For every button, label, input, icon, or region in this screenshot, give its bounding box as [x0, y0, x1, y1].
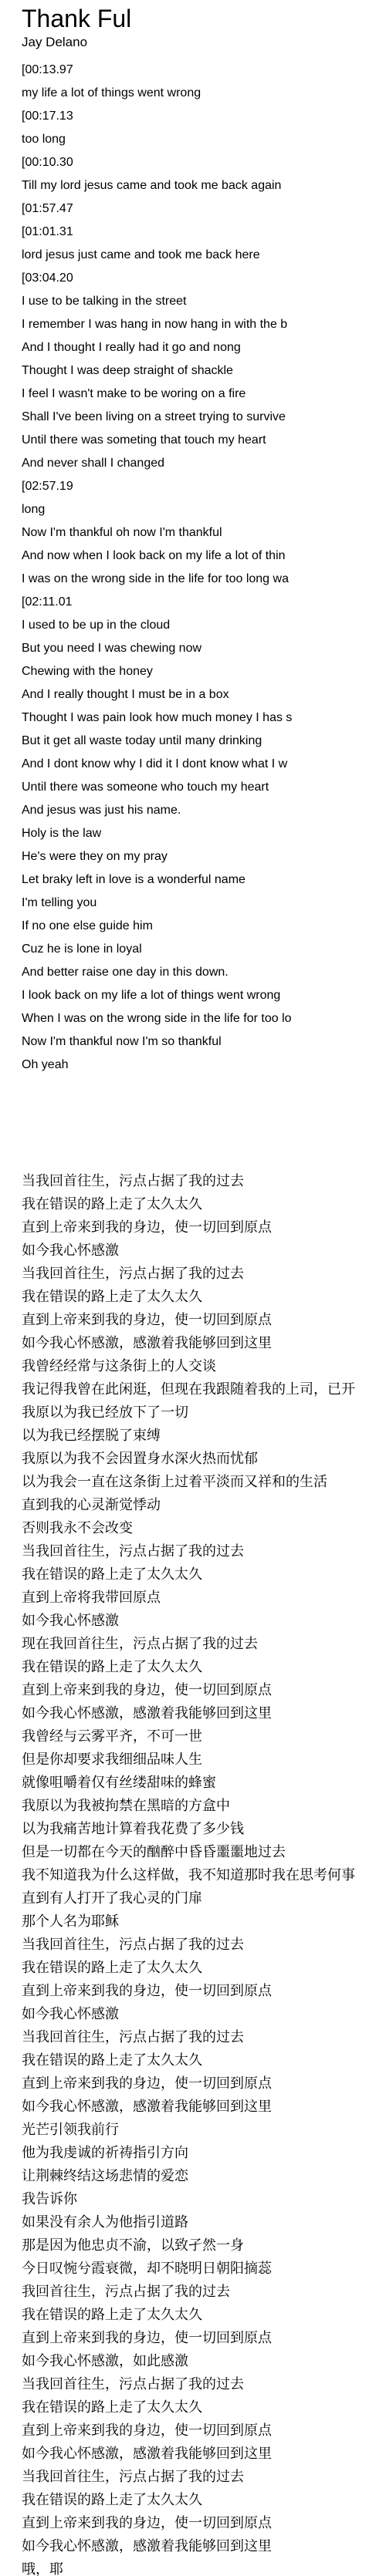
chinese-lyrics-block: 当我回首往生，污点占据了我的过去我在错误的路上走了太久太久直到上帝来到我的身边，…	[22, 1169, 386, 2576]
lyric-line: When I was on the wrong side in the life…	[22, 1007, 386, 1030]
lyric-line: And better raise one day in this down.	[22, 961, 386, 984]
lyric-line: I was on the wrong side in the life for …	[22, 568, 386, 591]
lyric-line: 如今我心怀感激，感激着我能够回到这里	[22, 1331, 386, 1354]
lyric-line: Now I'm thankful oh now I'm thankful	[22, 521, 386, 545]
lyric-line: 我在错误的路上走了太久太久	[22, 1285, 386, 1308]
lyric-line: I used to be up in the cloud	[22, 614, 386, 637]
lyric-line: 我在错误的路上走了太久太久	[22, 1192, 386, 1216]
lyric-line: 如今我心怀感激，感激着我能够回到这里	[22, 1701, 386, 1725]
lyric-line: 但是一切都在今天的酗醉中昏昏噩噩地过去	[22, 1840, 386, 1863]
lyric-line: Until there was someone who touch my hea…	[22, 776, 386, 799]
lyric-line: my life a lot of things went wrong	[22, 82, 386, 105]
lyric-line: 如果没有余人为他指引道路	[22, 2210, 386, 2234]
lyric-line: 以为我会一直在这条街上过着平淡而又祥和的生活	[22, 1470, 386, 1493]
lyric-line: 如今我心怀感激，如此感激	[22, 2349, 386, 2372]
lyric-line: I feel I wasn't make to be woring on a f…	[22, 383, 386, 406]
lyric-line: 如今我心怀感激，感激着我能够回到这里	[22, 2534, 386, 2557]
lyric-line: And I really thought I must be in a box	[22, 683, 386, 706]
lyric-line: I remember I was hang in now hang in wit…	[22, 313, 386, 336]
lyric-line: 我在错误的路上走了太久太久	[22, 2048, 386, 2072]
lyric-line: 就像咀嚼着仅有丝缕甜味的蜂蜜	[22, 1771, 386, 1794]
lyric-line: But it get all waste today until many dr…	[22, 730, 386, 753]
lyric-line: 我在错误的路上走了太久太久	[22, 2303, 386, 2326]
lyric-line: 我曾经与云雾平齐，不可一世	[22, 1725, 386, 1748]
english-lyrics-block: [00:13.97my life a lot of things went wr…	[22, 59, 386, 1077]
lyric-line: 我原以为我已经放下了一切	[22, 1401, 386, 1424]
lyric-line: 如今我心怀感激，感激着我能够回到这里	[22, 2442, 386, 2465]
lyric-line: And never shall I changed	[22, 452, 386, 475]
lyric-line: [00:17.13	[22, 105, 386, 128]
lyric-line: 以为我痛苦地计算着我花费了多少钱	[22, 1817, 386, 1840]
lyric-line: 我不知道我为什么这样做，我不知道那时我在思考何事	[22, 1863, 386, 1886]
lyric-line: 直到上帝来到我的身边，使一切回到原点	[22, 1678, 386, 1701]
lyric-line: If no one else guide him	[22, 915, 386, 938]
lyric-line: 直到上帝来到我的身边，使一切回到原点	[22, 1979, 386, 2002]
lyric-line: 现在我回首往生，污点占据了我的过去	[22, 1632, 386, 1655]
lyric-line: 当我回首往生，污点占据了我的过去	[22, 2025, 386, 2048]
lyric-line: 我记得我曾在此闲逛，但现在我跟随着我的上司，已开	[22, 1377, 386, 1401]
lyric-line: [02:57.19	[22, 475, 386, 498]
lyric-line: 当我回首往生，污点占据了我的过去	[22, 2465, 386, 2488]
lyric-line: 当我回首往生，污点占据了我的过去	[22, 1539, 386, 1563]
lyric-line: Till my lord jesus came and took me back…	[22, 174, 386, 197]
lyric-line: 但是你却要求我细细品味人生	[22, 1748, 386, 1771]
lyric-line: 如今我心怀感激	[22, 1239, 386, 1262]
lyric-line: Thought I was deep straight of shackle	[22, 359, 386, 383]
lyric-line: 直到我的心灵渐觉悸动	[22, 1493, 386, 1516]
lyric-line: too long	[22, 128, 386, 151]
artist-name: Jay Delano	[22, 33, 386, 52]
lyric-line: 否则我永不会改变	[22, 1516, 386, 1539]
lyric-line: I look back on my life a lot of things w…	[22, 984, 386, 1007]
lyric-line: 直到上帝来到我的身边，使一切回到原点	[22, 1216, 386, 1239]
lyric-line: [01:01.31	[22, 221, 386, 244]
lyric-line: 如今我心怀感激，感激着我能够回到这里	[22, 2095, 386, 2118]
lyric-line: 直到上帝来到我的身边，使一切回到原点	[22, 2511, 386, 2534]
lyric-line: 当我回首往生，污点占据了我的过去	[22, 1262, 386, 1285]
lyric-line: 直到上帝来到我的身边，使一切回到原点	[22, 2419, 386, 2442]
lyric-line: 我曾经经常与这条街上的人交谈	[22, 1354, 386, 1377]
lyric-line: Now I'm thankful now I'm so thankful	[22, 1030, 386, 1054]
lyric-line: 让荆棘终结这场悲情的爱恋	[22, 2164, 386, 2187]
lyric-line: 我原以为我不会因置身水深火热而忧郁	[22, 1447, 386, 1470]
lyric-line: 我在错误的路上走了太久太久	[22, 2488, 386, 2511]
lyric-line: long	[22, 498, 386, 521]
lyric-line: [03:04.20	[22, 267, 386, 290]
lyric-line: 光芒引领我前行	[22, 2118, 386, 2141]
lyric-line: Oh yeah	[22, 1054, 386, 1077]
lyric-line: 我回首往生，污点占据了我的过去	[22, 2280, 386, 2303]
lyric-line: Chewing with the honey	[22, 660, 386, 683]
lyric-line: I use to be talking in the street	[22, 290, 386, 313]
lyric-line: 我在错误的路上走了太久太久	[22, 1563, 386, 1586]
lyric-line: Until there was someting that touch my h…	[22, 429, 386, 452]
lyric-line: 如今我心怀感激	[22, 1609, 386, 1632]
lyric-line: 我原以为我被拘禁在黑暗的方盒中	[22, 1794, 386, 1817]
lyric-line: 那是因为他忠贞不渝，以致孑然一身	[22, 2234, 386, 2257]
lyric-line: 如今我心怀感激	[22, 2002, 386, 2025]
lyric-line: Cuz he is lone in loyal	[22, 938, 386, 961]
lyric-line: 直到上帝来到我的身边，使一切回到原点	[22, 2072, 386, 2095]
lyric-line: And I dont know why I did it I dont know…	[22, 753, 386, 776]
lyric-line: 那个人名为耶稣	[22, 1910, 386, 1933]
lyric-line: 今日叹惋兮霞衰微，却不晓明日朝阳摘蕊	[22, 2257, 386, 2280]
lyric-line: He's were they on my pray	[22, 845, 386, 868]
lyric-line: [01:57.47	[22, 197, 386, 221]
lyric-line: Shall I've been living on a street tryin…	[22, 406, 386, 429]
lyric-line: 我在错误的路上走了太久太久	[22, 1655, 386, 1678]
lyric-line: 以为我已经摆脱了束缚	[22, 1424, 386, 1447]
lyric-line: 直到上帝来到我的身边，使一切回到原点	[22, 2326, 386, 2349]
lyric-line: Holy is the law	[22, 822, 386, 845]
lyric-line: 他为我虔诚的祈祷指引方向	[22, 2141, 386, 2164]
lyric-line: 我在错误的路上走了太久太久	[22, 2396, 386, 2419]
lyric-line: 哦，耶	[22, 2557, 386, 2576]
lyric-line: 我告诉你	[22, 2187, 386, 2210]
lyric-line: 当我回首往生，污点占据了我的过去	[22, 2372, 386, 2396]
lyric-line: And now when I look back on my life a lo…	[22, 545, 386, 568]
lyric-line: lord jesus just came and took me back he…	[22, 244, 386, 267]
lyric-line: Thought I was pain look how much money I…	[22, 706, 386, 730]
lyric-line: I'm telling you	[22, 892, 386, 915]
lyric-line: 当我回首往生，污点占据了我的过去	[22, 1933, 386, 1956]
lyric-line: And jesus was just his name.	[22, 799, 386, 822]
lyric-line: Let braky left in love is a wonderful na…	[22, 868, 386, 892]
lyrics-page: Thank Ful Jay Delano [00:13.97my life a …	[0, 0, 386, 2576]
lyric-line: 我在错误的路上走了太久太久	[22, 1956, 386, 1979]
lyric-line: [02:11.01	[22, 591, 386, 614]
lyric-line: And I thought I really had it go and non…	[22, 336, 386, 359]
lyric-line: [00:10.30	[22, 151, 386, 174]
lyric-line: 直到上帝来到我的身边，使一切回到原点	[22, 1308, 386, 1331]
lyric-line: But you need I was chewing now	[22, 637, 386, 660]
song-title: Thank Ful	[22, 4, 386, 33]
lyric-line: 直到有人打开了我心灵的门扉	[22, 1886, 386, 1910]
lyric-line: [00:13.97	[22, 59, 386, 82]
lyric-line: 当我回首往生，污点占据了我的过去	[22, 1169, 386, 1192]
lyric-line: 直到上帝将我带回原点	[22, 1586, 386, 1609]
